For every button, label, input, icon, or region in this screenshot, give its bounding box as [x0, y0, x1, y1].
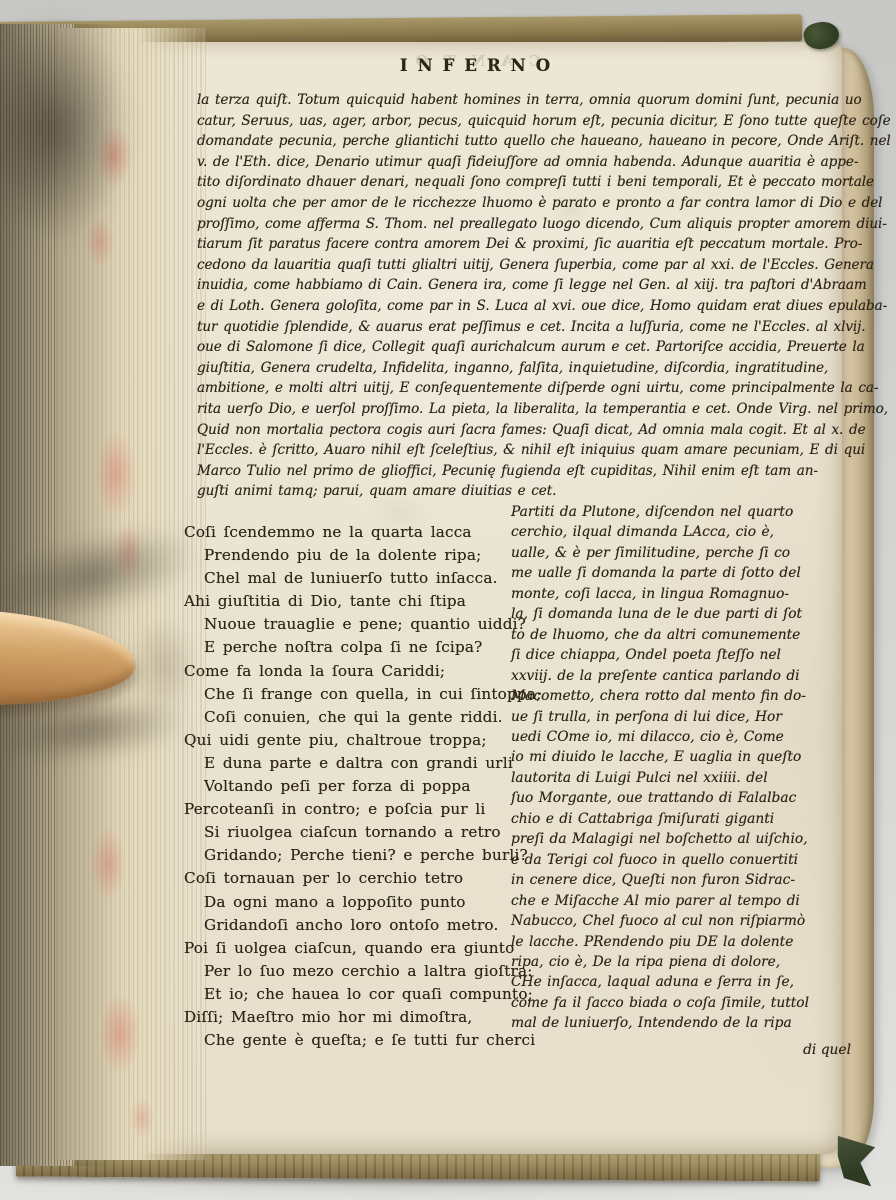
commentary-line: xxviij. de la preſente cantica parlando … — [511, 666, 851, 686]
commentary-line: Nabucco, Chel fuoco al cul non riſpiarmò — [511, 911, 851, 931]
poem-line: Chel mal de luniuerſo tutto inſacca. — [184, 567, 514, 590]
commentary-line: CHe inſacca, laqual aduna e ſerra in ſe, — [511, 972, 851, 992]
commentary-top-block: la terza quiſt. Totum quicquid habent ho… — [197, 90, 845, 502]
commentary-line: e da Terigi col fuoco in quello conuerti… — [511, 850, 851, 870]
commentary-line: uedi COme io, mi dilacco, cio è, Come — [511, 727, 851, 747]
commentary-line: tito diſordinato dhauer denari, nequali … — [197, 172, 845, 193]
commentary-line: oue di Salomone ſi dice, Collegit quaſi … — [197, 337, 845, 358]
poem-line: Coſi tornauan per lo cerchio tetro — [184, 867, 514, 890]
commentary-line: la, ſi domanda luna de le due parti di ſ… — [511, 604, 851, 624]
commentary-line: Macometto, chera rotto dal mento fin do- — [511, 686, 851, 706]
commentary-line: cerchio, ilqual dimanda LAcca, cio è, — [511, 522, 851, 542]
printed-page-content: CANTO INFERNO la terza quiſt. Totum quic… — [0, 0, 896, 1200]
commentary-line: mal de luniuerſo, Intendendo de la ripa — [511, 1013, 851, 1033]
poem-line: Che ſi frange con quella, in cui ſintopp… — [184, 683, 514, 706]
commentary-line: to de lhuomo, che da altri comunemente — [511, 625, 851, 645]
commentary-line: monte, coſi lacca, in lingua Romagnuo- — [511, 584, 851, 604]
commentary-line: v. de l'Eth. dice, Denario utimur quaſi … — [197, 152, 845, 173]
poem-line: Per lo ſuo mezo cerchio a laltra gioſtra… — [184, 960, 514, 983]
poem-line: Come fa londa la ſoura Cariddi; — [184, 660, 514, 683]
commentary-line: Quid non mortalia pectora cogis auri ſac… — [197, 420, 845, 441]
poem-line: Gridandoſi ancho loro ontoſo metro. — [184, 914, 514, 937]
poem-line: Da ogni mano a loppoſito punto — [184, 891, 514, 914]
poem-line: Prendendo piu de la dolente ripa; — [184, 544, 514, 567]
commentary-line: Partiti da Plutone, diſcendon nel quarto — [511, 502, 851, 522]
running-header: INFERNO — [300, 56, 650, 76]
commentary-line: ogni uolta che per amor de le ricchezze … — [197, 193, 845, 214]
poem-line: Coſi ſcendemmo ne la quarta lacca — [184, 521, 514, 544]
commentary-line: l'Eccles. è ſcritto, Auaro nihil eſt ſce… — [197, 440, 845, 461]
poem-line: Gridando; Perche tieni? e perche burli? — [184, 844, 514, 867]
poem-column: Coſi ſcendemmo ne la quarta laccaPrenden… — [184, 521, 514, 1052]
commentary-line: guſti animi tamq; parui, quam amare diui… — [197, 481, 845, 502]
commentary-line: tiarum ſit paratus facere contra amorem … — [197, 234, 845, 255]
poem-line: Coſi conuien, che qui la gente riddi. — [184, 706, 514, 729]
commentary-line: la terza quiſt. Totum quicquid habent ho… — [197, 90, 845, 111]
catchword: di quel — [511, 1040, 896, 1060]
poem-line: Qui uidi gente piu, chaltroue troppa; — [184, 729, 514, 752]
commentary-line: che e Miſacche Al mio parer al tempo di — [511, 891, 851, 911]
poem-line: Che gente è queſta; e ſe tutti fur cherc… — [184, 1029, 514, 1052]
commentary-line: preſi da Malagigi nel boſchetto al uiſch… — [511, 829, 851, 849]
poem-line: Nuoue trauaglie e pene; quantio uiddi? — [184, 613, 514, 636]
poem-line: Si riuolgea ciaſcun tornando a retro — [184, 821, 514, 844]
commentary-line: tur quotidie ſplendide, & auarus erat pe… — [197, 317, 845, 338]
commentary-right-column: Partiti da Plutone, diſcendon nel quarto… — [511, 502, 851, 1034]
commentary-line: rita uerſo Dio, e uerſol proſſimo. La pi… — [197, 399, 845, 420]
commentary-line: ue ſi trulla, in perſona di lui dice, Ho… — [511, 707, 851, 727]
commentary-line: inuidia, come habbiamo di Cain. Genera i… — [197, 275, 845, 296]
commentary-line: giuſtitia, Genera crudelta, Infidelita, … — [197, 358, 845, 379]
book-photograph: CANTO INFERNO la terza quiſt. Totum quic… — [0, 0, 896, 1200]
poem-line: Voltando peſi per forza di poppa — [184, 775, 514, 798]
commentary-line: lautorita di Luigi Pulci nel xxiiii. del — [511, 768, 851, 788]
poem-line: E perche noſtra colpa ſi ne ſcipa? — [184, 636, 514, 659]
poem-line: Poi ſi uolgea ciaſcun, quando era giunto — [184, 937, 514, 960]
poem-line: Ahi giuſtitia di Dio, tante chi ſtipa — [184, 590, 514, 613]
commentary-line: ripa, cio è, De la ripa piena di dolore, — [511, 952, 851, 972]
commentary-line: chio e di Cattabriga ſmiſurati giganti — [511, 809, 851, 829]
commentary-line: cedono da lauaritia quaſi tutti glialtri… — [197, 255, 845, 276]
commentary-line: io mi diuido le lacche, E uaglia in queſ… — [511, 747, 851, 767]
commentary-line: ſuo Morgante, oue trattando di Falalbac — [511, 788, 851, 808]
commentary-line: e di Loth. Genera goloſita, come par in … — [197, 296, 845, 317]
poem-line: Diſſi; Maeſtro mio hor mi dimoſtra, — [184, 1006, 514, 1029]
commentary-line: Marco Tulio nel primo de glioffici, Pecu… — [197, 461, 845, 482]
commentary-line: come fa il ſacco biada o coſa ſimile, tu… — [511, 993, 851, 1013]
commentary-line: in cenere dice, Queſti non furon Sidrac- — [511, 870, 851, 890]
commentary-line: ſi dice chiappa, Ondel poeta ſteſſo nel — [511, 645, 851, 665]
commentary-line: me ualle ſi domanda la parte di ſotto de… — [511, 563, 851, 583]
commentary-line: catur, Seruus, uas, ager, arbor, pecus, … — [197, 111, 845, 132]
poem-line: Et io; che hauea lo cor quaſi compunto; — [184, 983, 514, 1006]
commentary-line: ambitione, e molti altri uitij, E conſeq… — [197, 378, 845, 399]
poem-line: Percoteanſi in contro; e poſcia pur li — [184, 798, 514, 821]
poem-line: E duna parte e daltra con grandi urli — [184, 752, 514, 775]
commentary-line: ualle, & è per ſimilitudine, perche ſi c… — [511, 543, 851, 563]
commentary-line: domandate pecunia, perche gliantichi tut… — [197, 131, 845, 152]
commentary-line: proſſimo, come afferma S. Thom. nel prea… — [197, 214, 845, 235]
commentary-line: le lacche. PRendendo piu DE la dolente — [511, 932, 851, 952]
